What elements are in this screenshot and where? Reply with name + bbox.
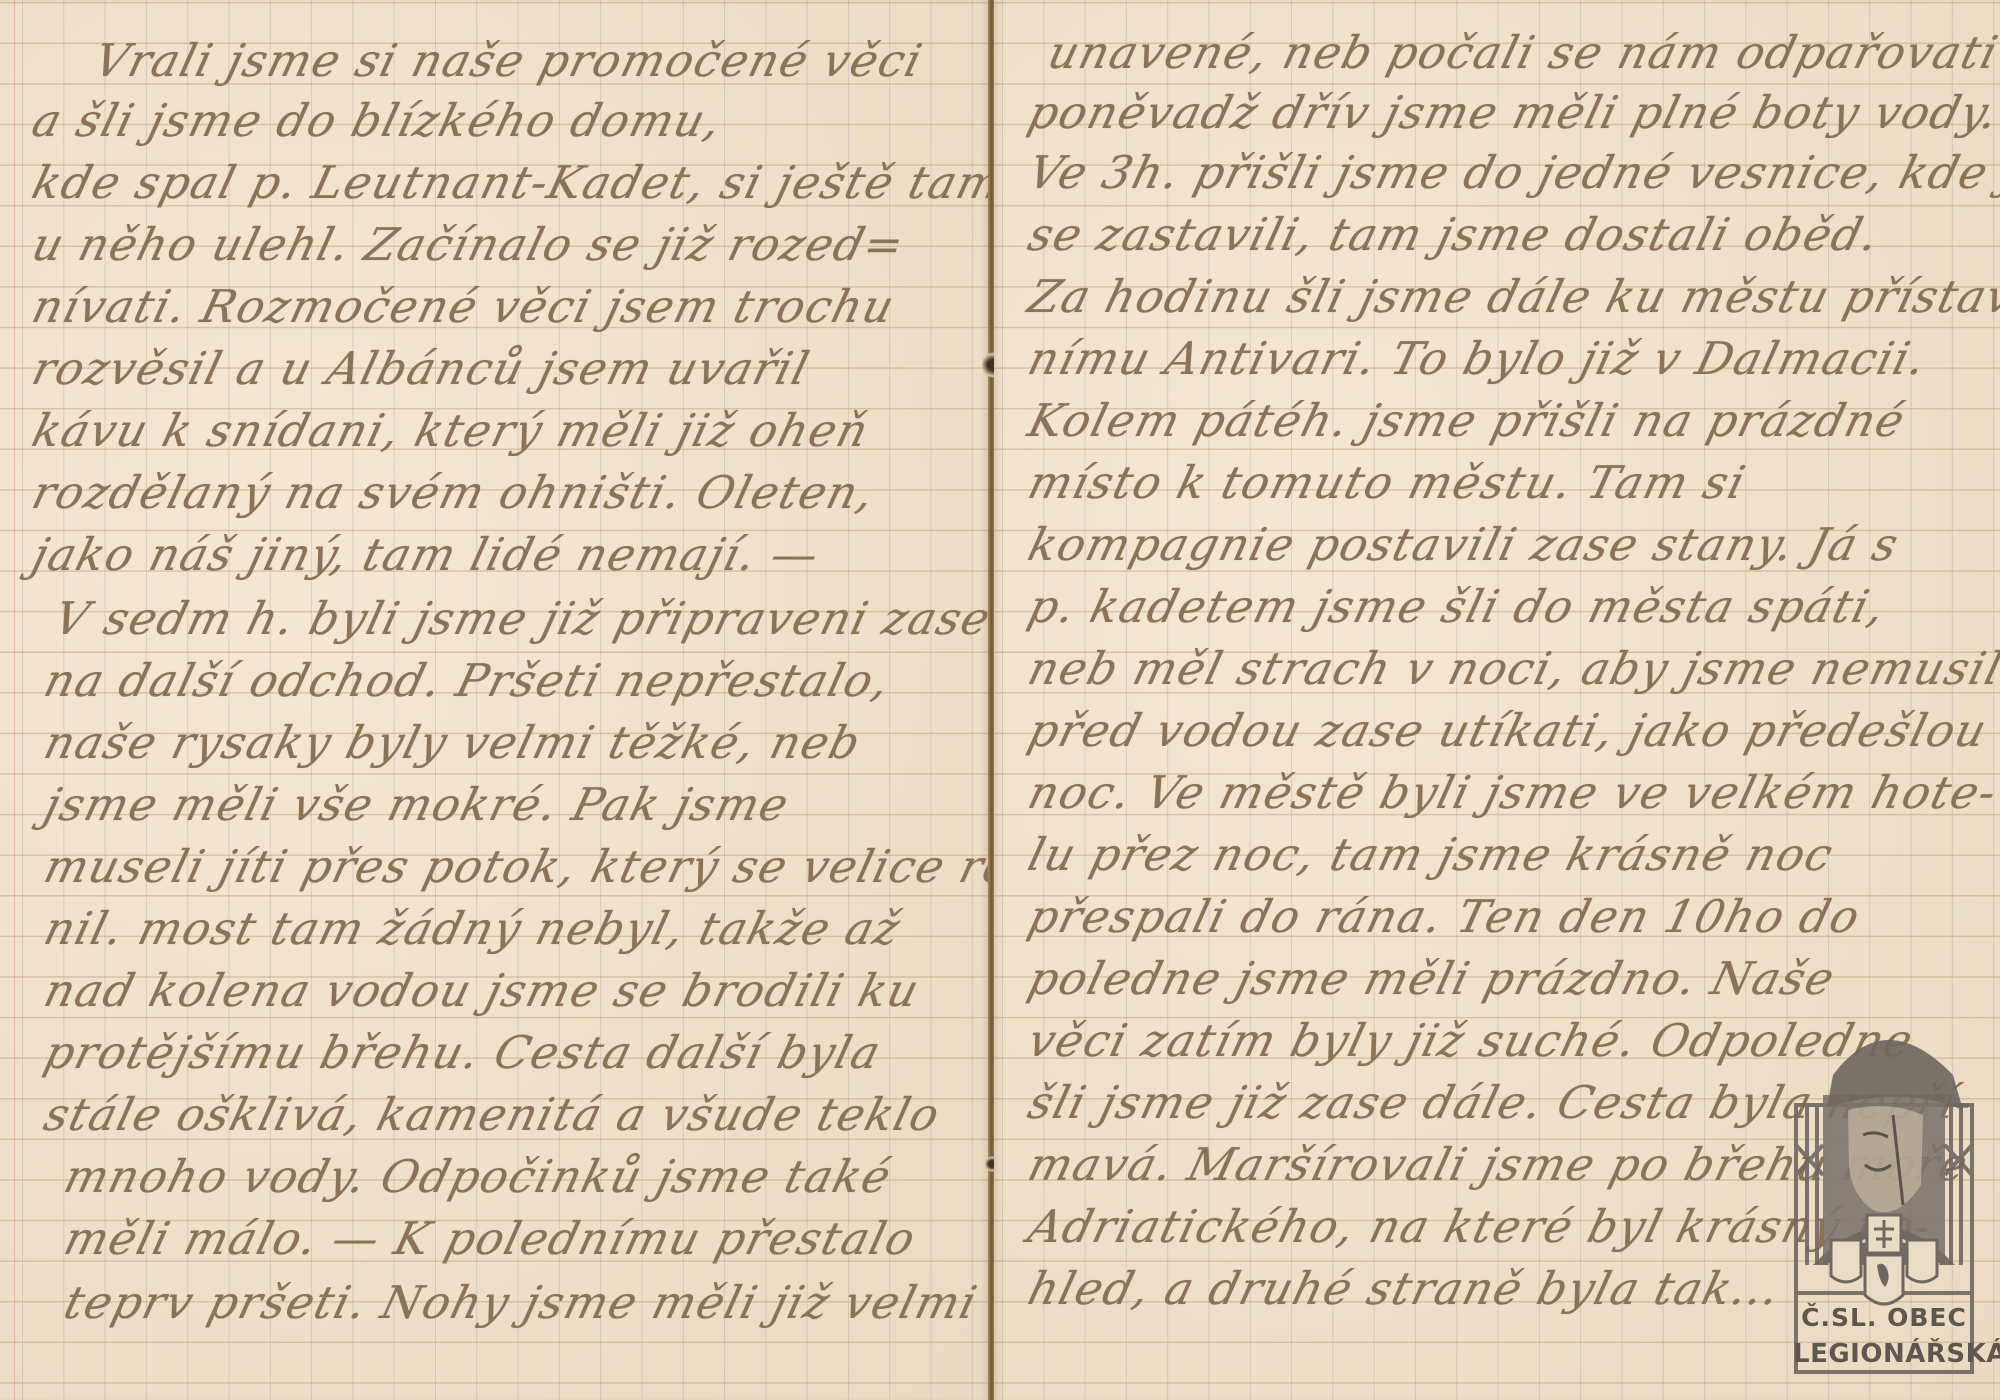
left-line-16: nad kolena vodou jsme se brodili ku: [40, 968, 924, 1013]
left-line-1: Vrali jsme si naše promočené věci: [90, 38, 928, 83]
left-line-3: kde spal p. Leutnant-Kadet, si ještě tam: [28, 160, 1007, 205]
legion-stamp: Č.SL. OBEC LEGIONÁŘSKÁ: [1793, 1015, 1975, 1375]
right-line-2: poněvadž dřív jsme měli plné boty vody.: [1024, 90, 2000, 135]
right-line-17: věci zatím byly již suché. Odpoledne: [1024, 1018, 1918, 1063]
left-line-19: mnoho vody. Odpočinků jsme také: [60, 1154, 896, 1199]
left-line-20: měli málo. — K polednímu přestalo: [60, 1216, 921, 1261]
left-line-7: kávu k snídani, který měli již oheň: [28, 408, 874, 453]
left-line-15: nil. most tam žádný nebyl, takže až: [40, 906, 905, 951]
right-line-1: unavené, neb počali se nám odpařovati: [1044, 30, 2000, 75]
left-line-5: nívati. Rozmočené věci jsem trochu: [28, 284, 900, 329]
left-line-11: na další odchod. Pršeti nepřestalo,: [40, 658, 895, 703]
left-line-13: jsme měli vše mokré. Pak jsme: [40, 782, 794, 827]
right-line-15: přespali do rána. Ten den 10ho do: [1024, 894, 1865, 939]
right-line-5: Za hodinu šli jsme dále ku městu přístav…: [1024, 274, 2000, 319]
left-line-2: a šli jsme do blízkého domu,: [28, 98, 727, 143]
stamp-line-2: LEGIONÁŘSKÁ: [1793, 1341, 1975, 1367]
right-line-21: hled, a druhé straně byla tak...: [1024, 1266, 1785, 1311]
right-line-11: neb měl strach v noci, aby jsme nemusili: [1024, 646, 2000, 691]
left-line-14: museli jíti přes potok, který se velice …: [40, 844, 1146, 889]
left-line-10: V sedm h. byli jsme již připraveni zase: [50, 596, 996, 641]
left-line-21: teprv pršeti. Nohy jsme měli již velmi: [60, 1280, 982, 1325]
left-line-17: protějšímu břehu. Cesta další byla: [40, 1030, 886, 1075]
right-line-16: poledne jsme měli prázdno. Naše: [1024, 956, 1840, 1001]
right-line-6: nímu Antivari. To bylo již v Dalmacii.: [1024, 336, 1931, 381]
notebook-spread: Vrali jsme si naše promočené věci a šli …: [0, 0, 2000, 1400]
right-line-4: se zastavili, tam jsme dostali oběd.: [1024, 212, 1884, 257]
left-page: Vrali jsme si naše promočené věci a šli …: [0, 0, 990, 1400]
left-line-12: naše rysaky byly velmi těžké, neb: [40, 720, 866, 765]
right-line-13: noc. Ve městě byli jsme ve velkém hote-: [1024, 770, 2000, 815]
left-line-8: rozdělaný na svém ohništi. Oleten,: [28, 470, 880, 515]
right-line-7: Kolem pátéh. jsme přišli na prázdné: [1024, 398, 1910, 443]
right-line-14: lu přez noc, tam jsme krásně noc: [1024, 832, 1838, 877]
right-line-12: před vodou zase utíkati, jako předešlou: [1024, 708, 1992, 753]
right-line-3: Ve 3h. přišli jsme do jedné vesnice, kde…: [1024, 150, 2000, 195]
right-line-9: kompagnie postavili zase stany. Já s: [1024, 522, 1904, 567]
right-line-8: místo k tomuto městu. Tam si: [1024, 460, 1751, 505]
left-line-9: jako náš jiný, tam lidé nemají. —: [28, 532, 824, 577]
left-line-6: rozvěsil a u Albánců jsem uvařil: [28, 346, 814, 391]
left-line-4: u něho ulehl. Začínalo se již rozed=: [28, 222, 910, 267]
stamp-line-1: Č.SL. OBEC: [1793, 1305, 1975, 1330]
right-line-10: p. kadetem jsme šli do města spáti,: [1024, 584, 1891, 629]
left-line-18: stále ošklivá, kamenitá a všude teklo: [40, 1092, 945, 1137]
